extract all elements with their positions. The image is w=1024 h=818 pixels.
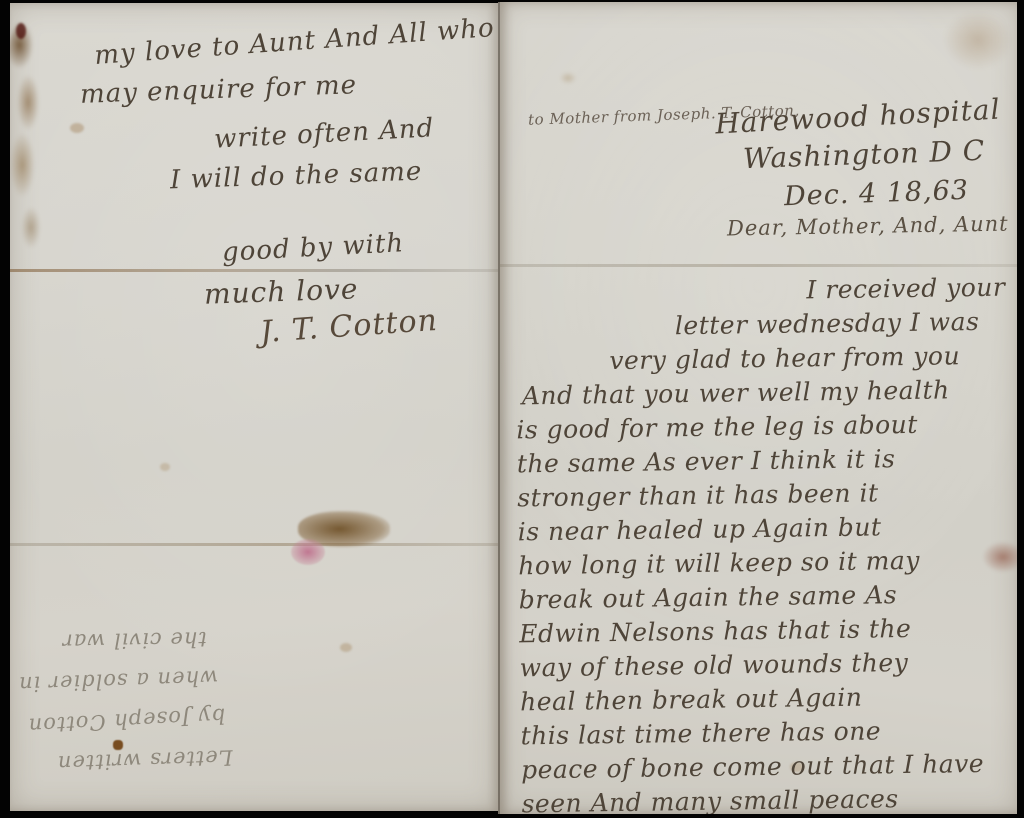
fold-crease	[500, 264, 1017, 267]
body-line: seen And many small peaces	[521, 781, 1013, 814]
closing-line: my love to Aunt And All who	[93, 13, 495, 71]
body-line: I received your	[806, 271, 1006, 308]
archival-note-line: when a soldier in	[23, 657, 218, 704]
letter-body: I received your letter wednesday I was v…	[512, 271, 1014, 814]
foxing-spot	[560, 72, 576, 84]
salutation: Dear, Mother, And, Aunt	[727, 212, 1009, 241]
scanned-letter-photo: my love to Aunt And All who may enquire …	[0, 0, 1024, 818]
foxing-spot	[340, 643, 352, 652]
body-line: peace of bone come out that I have	[521, 747, 1013, 788]
body-line: very glad to hear from you	[609, 339, 1007, 379]
heading-city: Washington D C	[742, 134, 985, 175]
closing-line: I will do the same	[170, 157, 423, 196]
fold-crease-lower	[10, 543, 498, 546]
letter-page-left: my love to Aunt And All who may enquire …	[10, 3, 498, 811]
fold-crease-upper	[10, 269, 498, 272]
closing-line: much love	[203, 272, 358, 310]
heading-place: Harewood hospital	[715, 93, 1002, 141]
foxing-spot	[160, 463, 170, 471]
brown-stain-blob	[298, 511, 390, 547]
heading-date: Dec. 4 18,63	[784, 175, 970, 212]
corner-stain	[16, 23, 26, 39]
top-right-stain	[943, 10, 1013, 70]
foxing-spot	[70, 123, 84, 133]
archival-note-upside-down: Letters written by Joseph Cotton when a …	[22, 593, 241, 783]
body-line: And that you wer well my health	[522, 373, 1008, 414]
signature: J. T. Cotton	[259, 303, 439, 350]
letter-page-right: to Mother from Joseph. T. Cotton, Harewo…	[498, 2, 1017, 814]
closing-line: may enquire for me	[80, 70, 358, 110]
left-edge-stain	[10, 15, 60, 265]
closing-line: good by with	[221, 228, 405, 267]
closing-line: write often And	[213, 113, 435, 154]
body-line: letter wednesday I was	[675, 305, 1007, 344]
archival-note-line: the civil war	[24, 619, 207, 662]
